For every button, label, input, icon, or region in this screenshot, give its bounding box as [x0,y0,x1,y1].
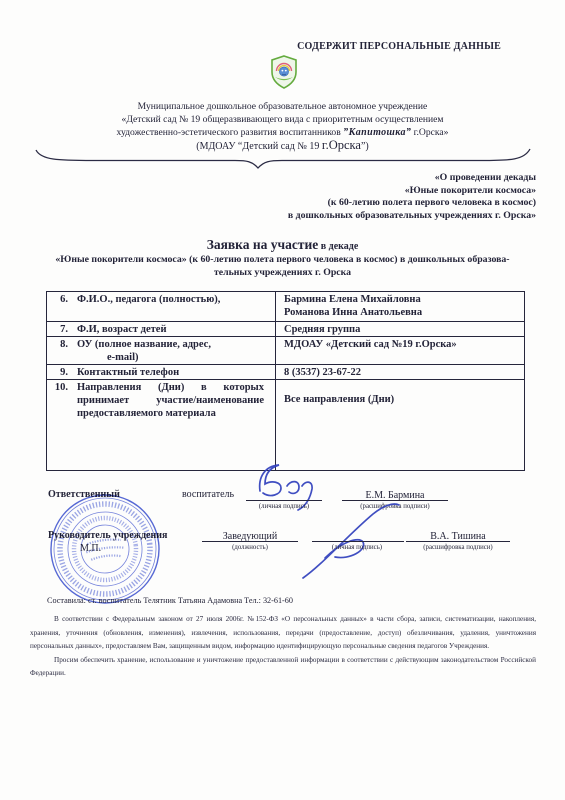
row-label: Направления (Дни) в которых принимает уч… [77,381,272,420]
signature-line [312,541,404,542]
crest-shield-icon [270,55,298,89]
row-number: 10. [47,381,77,420]
org-name-line3: художественно-эстетического развития вос… [0,127,565,140]
kapitoshka-script-word: ”Капитошка” [343,127,411,138]
title-line2: «Юные покорители космоса» (к 60-летию по… [0,254,565,267]
legal-paragraph-1: В соответствии с Федеральным законом от … [30,613,536,654]
table-row: 8. ОУ (полное название, адрес, e-mail) М… [47,337,525,365]
row-number: 9. [47,366,77,379]
row-value: Все направления (Дни) [284,381,521,406]
title-line3: тельных учреждениях г. Орска [0,267,565,280]
row-number: 7. [47,323,77,336]
row-label: Ф.И.О., педагога (полностью), [77,293,272,306]
confidential-notice: СОДЕРЖИТ ПЕРСОНАЛЬНЫЕ ДАННЫЕ [0,41,501,52]
row-label: Контактный телефон [77,366,272,379]
signature-caption: (личная подпись) [306,544,408,551]
signature-line [406,541,510,542]
table-row: 9.Контактный телефон 8 (3537) 23-67-22 [47,365,525,380]
row-label: ОУ (полное название, адрес, e-mail) [77,338,272,364]
responsible-role: воспитатель [182,489,234,500]
org-name-line2: «Детский сад № 19 общеразвивающего вида … [0,114,565,127]
row-number: 8. [47,338,77,364]
official-round-stamp [48,492,162,606]
header-brace-line [33,147,533,171]
subject-line: в дошкольных образовательных учреждениях… [66,210,536,223]
title-line1: Заявка на участие в декаде [0,237,565,254]
org-name-line1: Муниципальное дошкольное образовательное… [0,101,565,114]
application-title: Заявка на участие в декаде «Юные покорит… [0,237,565,279]
personal-data-legal-text: В соответствии с Федеральным законом от … [30,613,536,681]
subject-reference: «О проведении декады «Юные покорители ко… [66,172,536,222]
row-value: Средняя группа [284,323,521,336]
row-number: 6. [47,293,77,306]
kindergarten-crest-logo [270,55,298,89]
signature-caption: (расшифровка подписи) [400,544,516,551]
application-table: 6.Ф.И.О., педагога (полностью), Бармина … [46,291,525,471]
row-label: Ф.И, возраст детей [77,323,272,336]
table-row: 6.Ф.И.О., педагога (полностью), Бармина … [47,292,525,322]
row-value: 8 (3537) 23-67-22 [284,366,521,379]
row-value: Бармина Елена Михайловна [284,293,521,306]
table-row: 10.Направления (Дни) в которых принимает… [47,380,525,471]
table-row: 7.Ф.И, возраст детей Средняя группа [47,322,525,337]
subject-line: (к 60-летию полета первого человека в ко… [66,197,536,210]
composed-by-line: Составила: ст. воспитатель Телятник Тать… [47,596,293,605]
signature-caption: (должность) [202,544,298,551]
subject-line: «Юные покорители космоса» [66,185,536,198]
subject-line: «О проведении декады [66,172,536,185]
legal-paragraph-2: Просим обеспечить хранение, использовани… [30,654,536,681]
row-value: МДОАУ «Детский сад №19 г.Орска» [284,338,521,351]
row-value: Романова Инна Анатольевна [284,306,521,319]
scanned-application-form: СОДЕРЖИТ ПЕРСОНАЛЬНЫЕ ДАННЫЕ Муниципальн… [0,0,565,800]
signature-line [202,541,298,542]
